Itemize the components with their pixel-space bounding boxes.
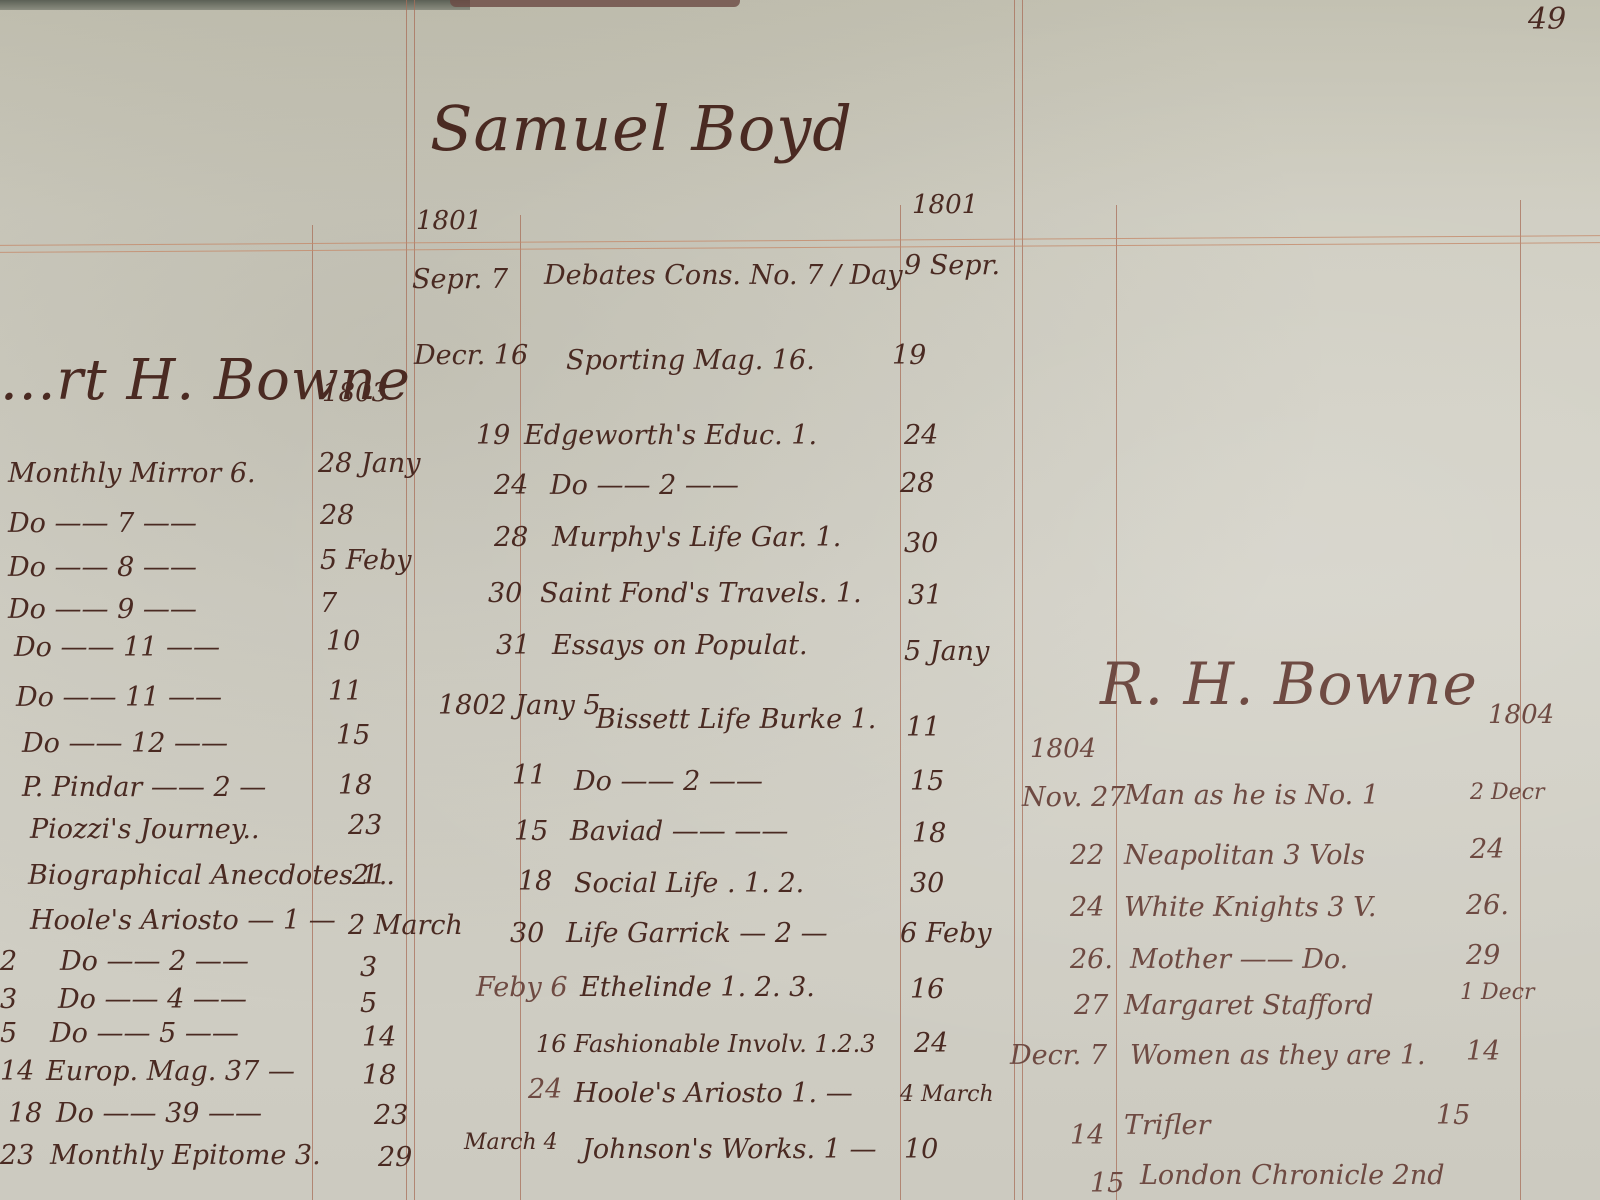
loan-title: Hoole's Ariosto — 1 — [30, 905, 336, 936]
loan-title: Johnson's Works. 1 — [582, 1134, 876, 1165]
loan-return-date: 10 [326, 626, 360, 657]
loan-return-date: 5 Feby [320, 545, 412, 576]
loan-return-date: 3 [360, 952, 377, 983]
loan-title: Neapolitan 3 Vols [1124, 840, 1365, 871]
loan-title: Do —— 8 —— [8, 552, 197, 583]
account-year: 1804 [1030, 734, 1096, 764]
loan-title: Biographical Anecdotes 1. [28, 860, 387, 891]
loan-title: Do —— 11 —— [16, 682, 222, 713]
loan-return-date: 24 [914, 1028, 948, 1059]
loan-title: Fashionable Involv. 1.2.3 [574, 1030, 876, 1058]
account-return-year: 1801 [912, 190, 978, 220]
loan-title: Monthly Mirror 6. [8, 458, 256, 489]
loan-out-date: 24 [1070, 892, 1104, 923]
loan-out-date: 11 [512, 760, 546, 791]
loan-out-date: Feby 6 [476, 972, 568, 1003]
book-binding-edge [0, 0, 470, 10]
loan-title: Do —— 12 —— [22, 728, 228, 759]
loan-title: Do —— 2 —— [60, 946, 249, 977]
loan-title: Do —— 11 —— [14, 632, 220, 663]
column-rule [406, 0, 407, 1200]
loan-out-date: 16 [536, 1030, 567, 1058]
loan-return-date: 15 [1436, 1100, 1470, 1131]
column-rule [1014, 0, 1015, 1200]
column-rule [1022, 0, 1023, 1200]
loan-return-date: 23 [374, 1100, 408, 1131]
loan-return-date: 2 Decr [1470, 780, 1545, 805]
loan-out-date: 22 [1070, 840, 1104, 871]
loan-title: Man as he is No. 1 [1124, 780, 1379, 811]
loan-out-date: 1802 Jany 5 [438, 690, 601, 721]
loan-title: Life Garrick — 2 — [566, 918, 828, 949]
loan-title: P. Pindar —— 2 — [22, 772, 266, 803]
loan-return-date: 9 Sepr. [904, 250, 1000, 281]
account-year: 1801 [416, 206, 482, 236]
loan-return-date: 23 [348, 810, 382, 841]
loan-return-date: 29 [1466, 940, 1500, 971]
loan-out-date: 19 [476, 420, 510, 451]
loan-out-date: 24 [494, 470, 528, 501]
loan-out-date: 2 [0, 946, 17, 977]
loan-out-date: Decr. 16 [414, 340, 528, 371]
account-holder-name: R. H. Bowne [1100, 650, 1478, 718]
loan-return-date: 18 [912, 818, 946, 849]
loan-return-date: 5 [360, 988, 377, 1019]
loan-return-date: 19 [892, 340, 926, 371]
loan-title: Bissett Life Burke 1. [596, 704, 876, 735]
loan-title: Social Life . 1. 2. [574, 868, 804, 899]
loan-return-date: 11 [328, 676, 362, 707]
loan-return-date: 14 [1466, 1036, 1500, 1067]
loan-title: Ethelinde 1. 2. 3. [580, 972, 815, 1003]
loan-title: Monthly Epitome 3. [50, 1140, 321, 1171]
loan-return-date: 2 March [348, 910, 463, 941]
loan-return-date: 24 [1470, 834, 1504, 865]
loan-out-date: 28 [494, 522, 528, 553]
loan-title: Murphy's Life Gar. 1. [552, 522, 841, 553]
loan-return-date: 28 [900, 468, 934, 499]
loan-title: Sporting Mag. 16. [566, 345, 815, 376]
loan-title: Women as they are 1. [1130, 1040, 1426, 1071]
loan-return-date: 28 [320, 500, 354, 531]
loan-title: Margaret Stafford [1124, 990, 1373, 1021]
loan-return-date: 7 [320, 588, 337, 619]
loan-title: Do —— 2 —— [574, 766, 763, 797]
loan-return-date: 28 Jany [318, 448, 421, 479]
loan-return-date: 29 [378, 1142, 412, 1173]
loan-out-date: 26. [1070, 944, 1113, 975]
loan-title: White Knights 3 V. [1124, 892, 1376, 923]
loan-return-date: 15 [910, 766, 944, 797]
loan-return-date: 30 [904, 528, 938, 559]
loan-title: Do —— 39 —— [56, 1098, 262, 1129]
loan-out-date: 30 [510, 918, 544, 949]
loan-return-date: 26. [1466, 890, 1509, 921]
loan-out-date: Sepr. 7 [412, 264, 508, 295]
loan-return-date: 4 March [900, 1082, 994, 1107]
loan-title: Piozzi's Journey.. [30, 814, 260, 845]
loan-return-date: 24 [904, 420, 938, 451]
loan-title: Baviad —— —— [570, 816, 788, 847]
loan-return-date: 21. [352, 860, 395, 891]
loan-return-date: 31 [908, 580, 942, 611]
loan-title: Mother —— Do. [1130, 944, 1348, 975]
loan-out-date: 31 [496, 630, 530, 661]
loan-out-date: 18 [518, 866, 552, 897]
loan-title: Do —— 7 —— [8, 508, 197, 539]
loan-out-date: March 4 [464, 1130, 558, 1155]
loan-return-date: 18 [338, 770, 372, 801]
loan-out-date: 24 [528, 1074, 562, 1105]
loan-out-date: 3 [0, 984, 17, 1015]
column-rule [414, 0, 415, 1200]
account-holder-name: Samuel Boyd [430, 92, 853, 165]
loan-title: Do —— 2 —— [550, 470, 739, 501]
loan-return-date: 6 Feby [900, 918, 992, 949]
loan-return-date: 15 [336, 720, 370, 751]
loan-return-date: 16 [910, 974, 944, 1005]
loan-return-date: 30 [910, 868, 944, 899]
loan-title: Do —— 4 —— [58, 984, 247, 1015]
loan-out-date: 14 [1070, 1120, 1104, 1151]
loan-return-date: 1 Decr [1460, 980, 1535, 1005]
loan-return-date: 18 [362, 1060, 396, 1091]
loan-return-date: 11 [906, 712, 940, 743]
loan-out-date: 18 [8, 1098, 42, 1129]
loan-title: Do —— 9 —— [8, 594, 197, 625]
loan-title: Saint Fond's Travels. 1. [540, 578, 862, 609]
loan-title: Hoole's Ariosto 1. — [574, 1078, 853, 1109]
loan-title: Europ. Mag. 37 — [46, 1056, 295, 1087]
loan-out-date: 14 [0, 1056, 34, 1087]
loan-return-date: 14 [362, 1022, 396, 1053]
ledger-page-photo: 49 ...rt H. Bowne 1803 Monthly Mirror 6.… [0, 0, 1600, 1200]
loan-title: London Chronicle 2nd [1140, 1160, 1445, 1191]
loan-title: Debates Cons. No. 7 / Day [544, 260, 903, 291]
loan-title: Trifler [1124, 1110, 1210, 1141]
loan-out-date: 15 [1090, 1168, 1124, 1199]
loan-out-date: Nov. 27 [1022, 782, 1125, 813]
loan-return-date: 5 Jany [904, 636, 989, 667]
loan-return-date: 10 [904, 1134, 938, 1165]
account-return-year: 1804 [1488, 700, 1554, 730]
page-number: 49 [1528, 2, 1566, 37]
loan-out-date: 23 [0, 1140, 34, 1171]
loan-out-date: 27 [1074, 990, 1108, 1021]
loan-out-date: 15 [514, 816, 548, 847]
loan-title: Do —— 5 —— [50, 1018, 239, 1049]
loan-out-date: 30 [488, 578, 522, 609]
loan-title: Edgeworth's Educ. 1. [524, 420, 817, 451]
loan-title: Essays on Populat. [552, 630, 808, 661]
account-year: 1803 [322, 378, 388, 408]
ink-stain [450, 0, 740, 7]
loan-out-date: Decr. 7 [1010, 1040, 1107, 1071]
loan-out-date: 5 [0, 1018, 17, 1049]
